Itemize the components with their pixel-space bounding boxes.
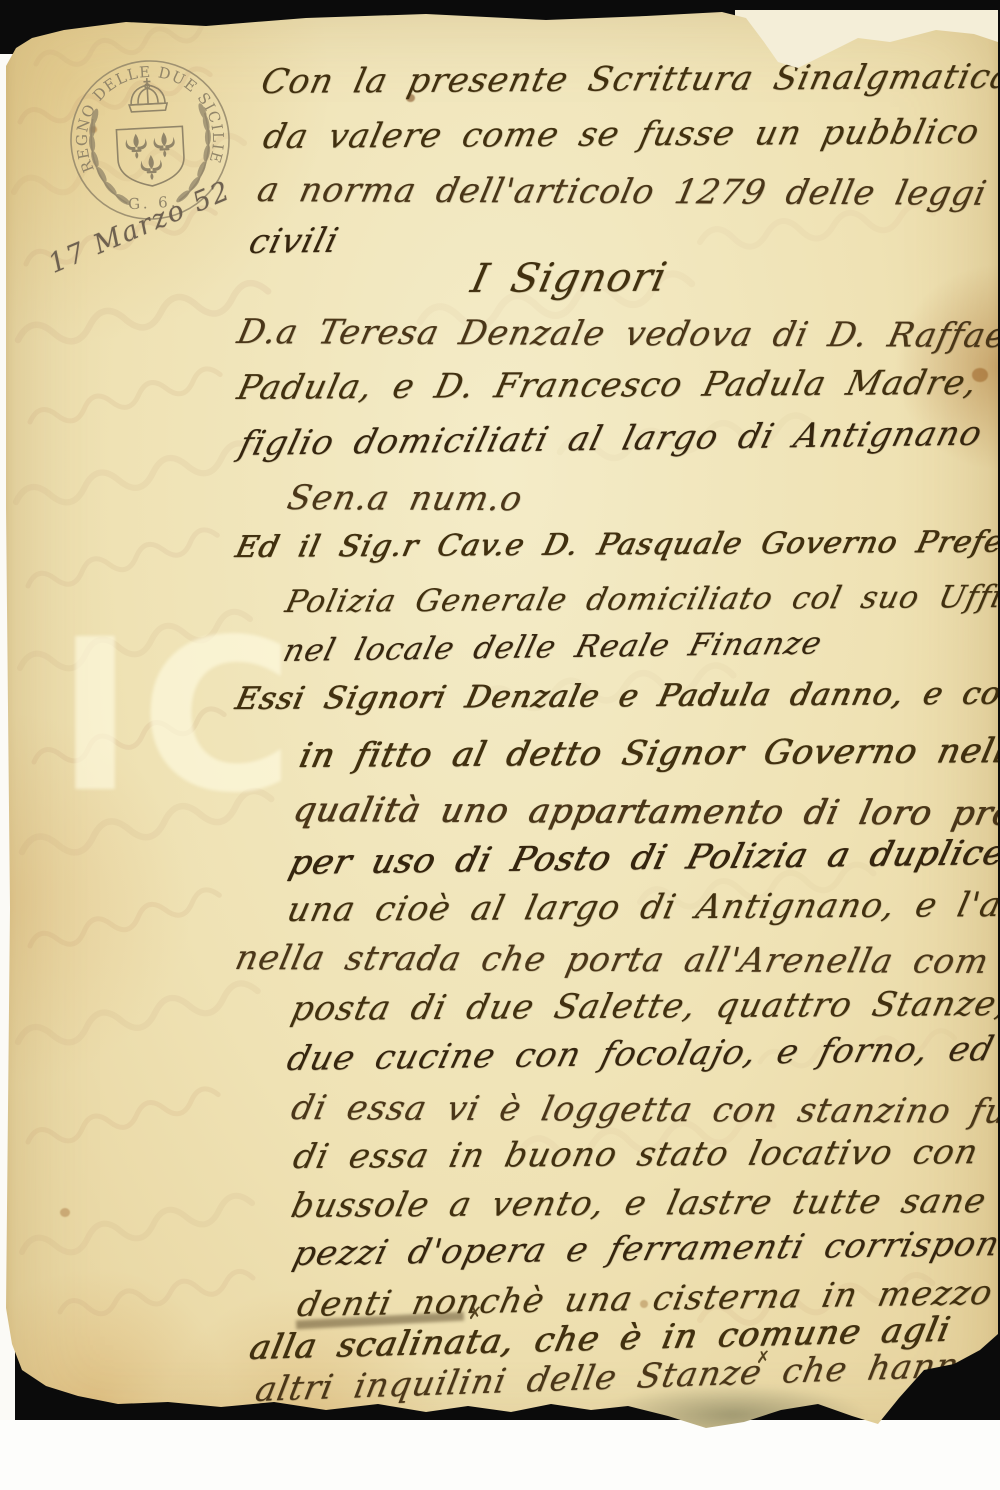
manuscript-line: a norma dell'articolo 1279 delle leggi	[254, 170, 991, 214]
manuscript-line: una cioè al largo di Antignano, e l'altr…	[284, 885, 1000, 930]
manuscript-line: qualità uno appartamento di loro proprie…	[290, 790, 1000, 834]
manuscript-line: posta di due Salette, quattro Stanze, e	[288, 984, 1000, 1029]
manuscript-line: di essa vi è loggetta con stanzino fuori	[288, 1088, 1000, 1132]
manuscript-line: nella strada che porta all'Arenella com	[232, 938, 993, 982]
manuscript-line: di essa in buono stato locativo con tre	[290, 1132, 1000, 1177]
manuscript-line: Sen.a num.o	[284, 478, 527, 519]
manuscript-line: civili	[245, 221, 343, 262]
insertion-mark: ✗	[756, 1348, 770, 1368]
manuscript-text: Con la presente Scrittura Sinalgmaticada…	[0, 0, 1000, 1490]
manuscript-line: Padula, e D. Francesco Padula Madre, e	[234, 363, 1000, 408]
manuscript-line: Polizia Generale domiciliato col suo Uff…	[282, 579, 1000, 620]
manuscript-line: Essi Signori Denzale e Padula danno, e c…	[232, 675, 1000, 717]
manuscript-line: per uso di Posto di Polizia a duplice us…	[285, 831, 1000, 883]
manuscript-line: nel locale delle Reale Finanze	[279, 626, 826, 669]
manuscript-page: IC REGNO DELLE DUE SICILIE	[6, 8, 998, 1444]
manuscript-line: figlio domiciliati al largo di Antignano	[235, 414, 987, 464]
manuscript-line: due cucine con focolajo, e forno, ed una	[283, 1028, 1000, 1079]
insertion-mark: ✗	[468, 1304, 482, 1324]
manuscript-line: Ed il Sig.r Cav.e D. Pasquale Governo Pr…	[232, 524, 1000, 565]
scan-background-bottom	[0, 1420, 1000, 1490]
manuscript-line: pezzi d'opera e ferramenti corrispon	[289, 1224, 1000, 1274]
manuscript-line: I Signori	[467, 255, 672, 302]
manuscript-line: Con la presente Scrittura Sinalgmatica	[258, 57, 1000, 102]
manuscript-line: bussole a vento, e lastre tutte sane con	[288, 1181, 1000, 1226]
scan-frame: { "palette": { "paper": "#efe2b4", "ink"…	[0, 0, 1000, 1490]
manuscript-line: in fitto al detto Signor Governo nella s…	[296, 730, 1000, 776]
manuscript-line: da valere come se fusse un pubblico atto	[260, 111, 1000, 157]
manuscript-line: D.a Teresa Denzale vedova di D. Raffaele	[234, 312, 1000, 356]
